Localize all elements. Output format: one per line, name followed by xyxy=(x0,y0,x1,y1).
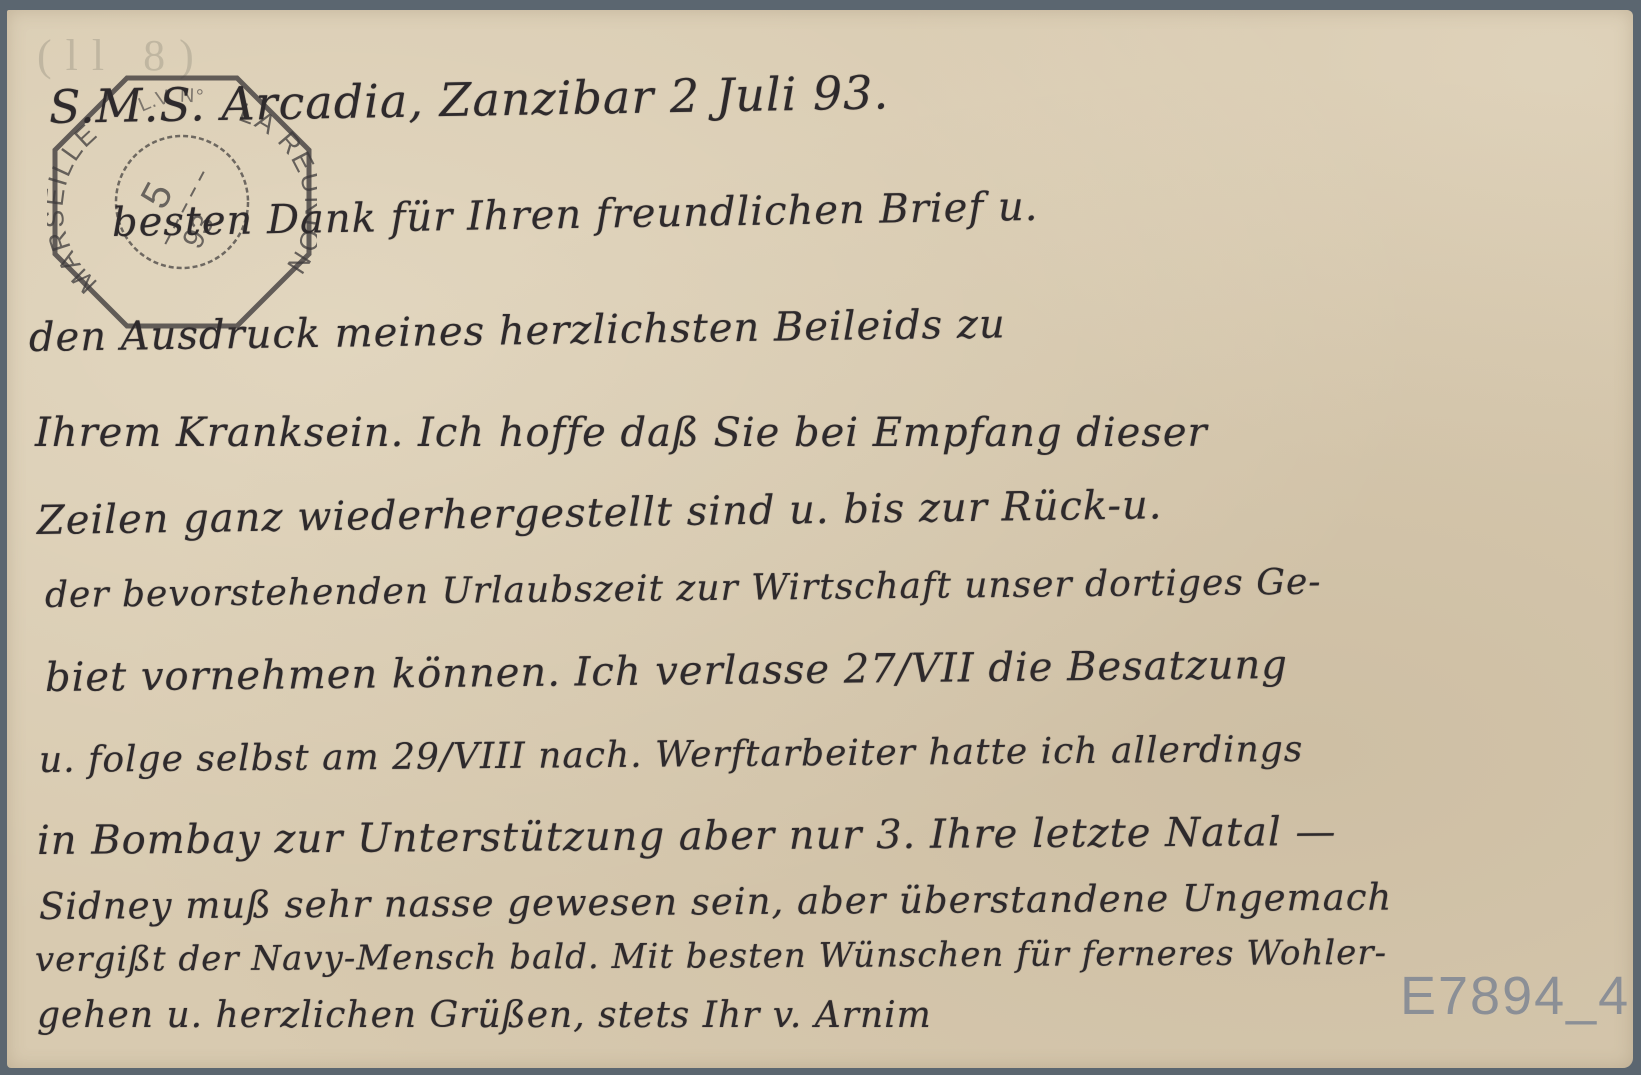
text-line-3: Ihrem Kranksein. Ich hoffe daß Sie bei E… xyxy=(35,410,1208,456)
text-line-7: u. folge selbst am 29/VIII nach. Werftar… xyxy=(39,729,1304,781)
text-line-4: Zeilen ganz wiederhergestellt sind u. bi… xyxy=(37,482,1163,544)
text-line-11-signature: gehen u. herzlichen Grüßen, stets Ihr v.… xyxy=(37,995,932,1036)
text-line-5: der bevorstehenden Urlaubszeit zur Wirts… xyxy=(45,562,1322,616)
archive-number: E7894_4 xyxy=(1400,965,1630,1027)
postmark-left-text: MARSEILLE xyxy=(47,117,104,299)
text-line-10: vergißt der Navy-Mensch bald. Mit besten… xyxy=(35,933,1387,980)
svg-text:MARSEILLE: MARSEILLE xyxy=(47,117,104,299)
text-line-6: biet vornehmen können. Ich verlasse 27/V… xyxy=(45,642,1288,701)
text-line-9: Sidney muß sehr nasse gewesen sein, aber… xyxy=(39,876,1393,928)
text-line-8: in Bombay zur Unterstützung aber nur 3. … xyxy=(37,809,1337,864)
postcard: (ll 8) MARSEILLE LA REUNION L.V. N° 5 93… xyxy=(7,10,1633,1068)
